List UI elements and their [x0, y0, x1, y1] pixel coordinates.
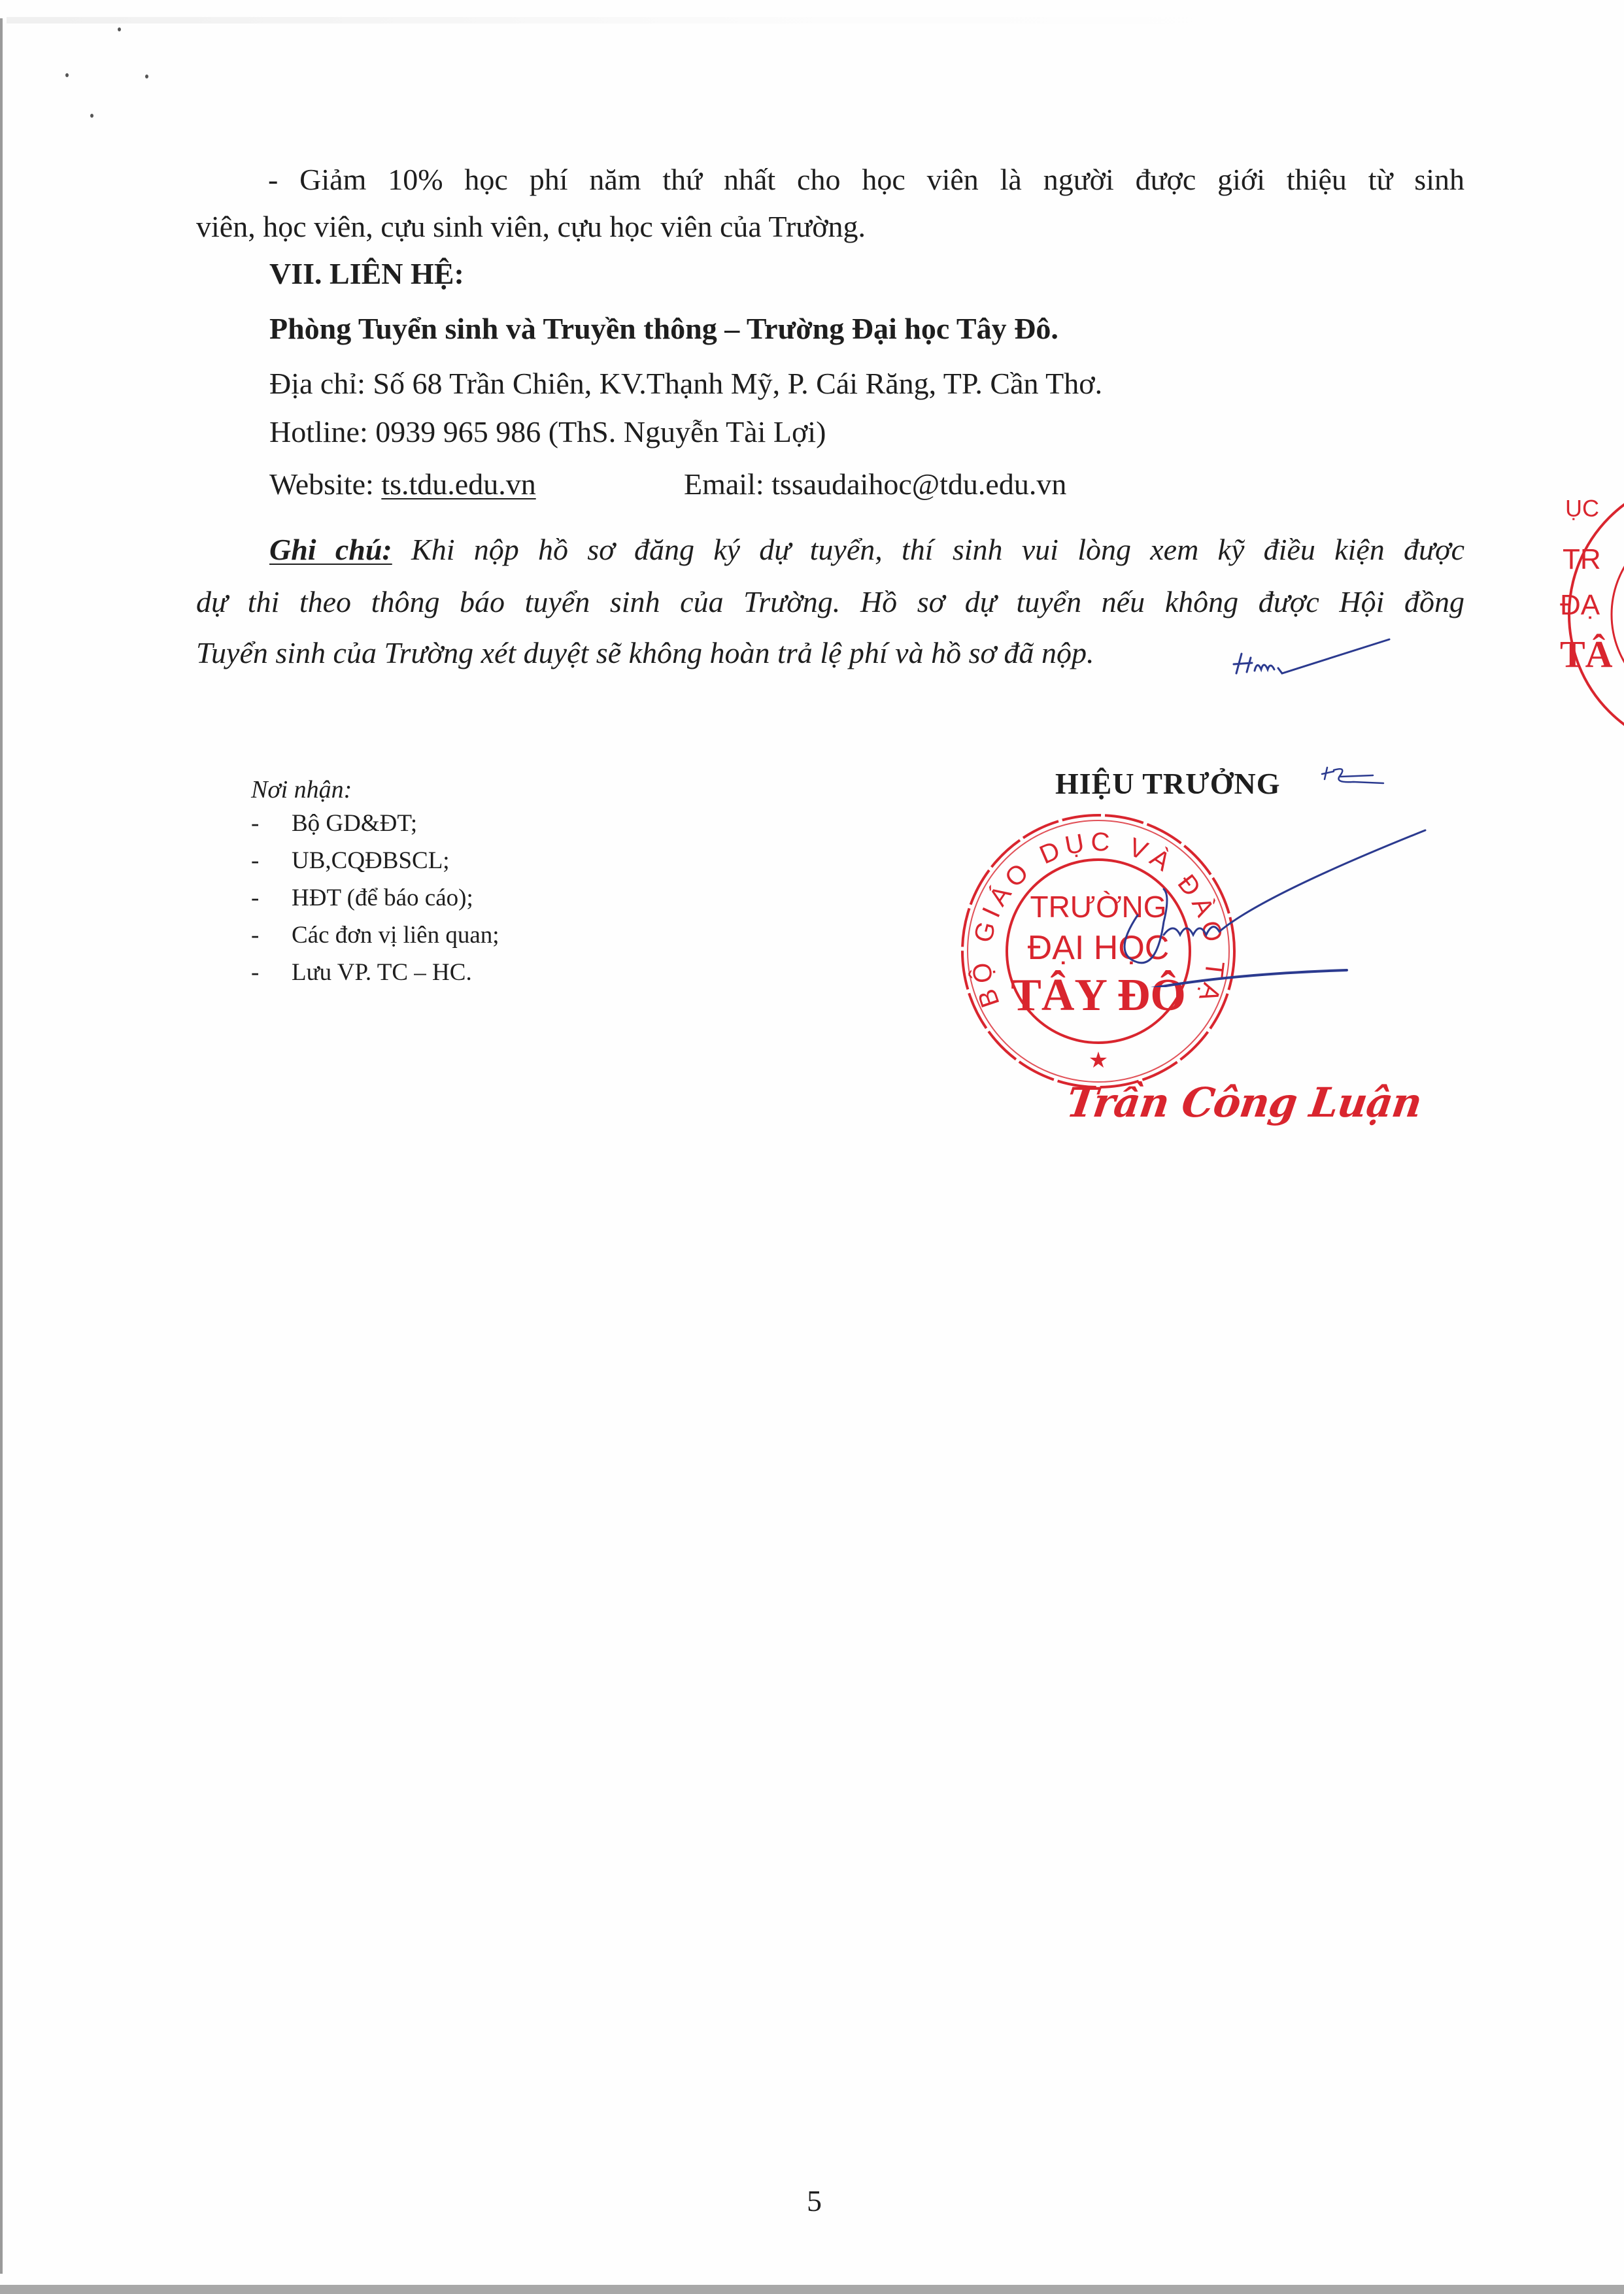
- partial-stamp-icon: ỤC TR ĐẠ TÂ: [1556, 471, 1624, 758]
- contact-email-row: Email: tssaudaihoc@tdu.edu.vn: [684, 469, 1066, 499]
- handwritten-signature-icon: [1033, 817, 1438, 987]
- scan-noise-top: [7, 17, 1288, 24]
- recipient-item: -HĐT (để báo cáo);: [251, 884, 499, 921]
- recipients-list: -Bộ GD&ĐT; -UB,CQĐBSCL; -HĐT (để báo cáo…: [251, 809, 499, 996]
- note-line-1: Ghi chú: Khi nộp hồ sơ đăng ký dự tuyển,…: [269, 535, 1464, 565]
- address-value: Số 68 Trần Chiên, KV.Thạnh Mỹ, P. Cái Ră…: [373, 367, 1102, 400]
- initials-mark-icon: [1232, 634, 1402, 686]
- scan-speck: [65, 73, 69, 77]
- address-label: Địa chỉ:: [269, 367, 365, 400]
- svg-text:ỤC: ỤC: [1565, 495, 1599, 522]
- page-number: 5: [807, 2184, 822, 2218]
- svg-text:ĐẠ: ĐẠ: [1560, 589, 1600, 621]
- contact-address-row: Địa chỉ: Số 68 Trần Chiên, KV.Thạnh Mỹ, …: [269, 369, 1102, 399]
- contact-website-row: Website: ts.tdu.edu.vn: [269, 469, 536, 499]
- email-label: Email:: [684, 467, 764, 501]
- svg-text:TÂ: TÂ: [1560, 633, 1613, 675]
- email-value[interactable]: tssaudaihoc@tdu.edu.vn: [771, 467, 1066, 501]
- scan-speck: [118, 27, 121, 31]
- scanned-page: - Giảm 10% học phí năm thứ nhất cho học …: [0, 0, 1624, 2294]
- recipient-item: -Các đơn vị liên quan;: [251, 921, 499, 958]
- scan-edge-bottom: [0, 2285, 1624, 2294]
- note-label: Ghi chú:: [269, 533, 392, 566]
- hotline-value: 0939 965 986 (ThS. Nguyễn Tài Lợi): [375, 415, 826, 448]
- website-label: Website:: [269, 467, 374, 501]
- discount-paragraph-line-1: - Giảm 10% học phí năm thứ nhất cho học …: [268, 165, 1464, 195]
- recipients-title: Nơi nhận:: [251, 775, 352, 804]
- hotline-label: Hotline:: [269, 415, 368, 448]
- contact-hotline-row: Hotline: 0939 965 986 (ThS. Nguyễn Tài L…: [269, 417, 826, 447]
- section-heading-contact: VII. LIÊN HỆ:: [269, 259, 464, 289]
- scan-speck: [145, 75, 148, 78]
- note-line-3: Tuyển sinh của Trường xét duyệt sẽ không…: [196, 638, 1094, 668]
- recipient-item: -Bộ GD&ĐT;: [251, 809, 499, 847]
- scan-speck: [90, 114, 93, 118]
- signer-name: Trần Công Luận: [1064, 1079, 1425, 1126]
- signer-title: HIỆU TRƯỞNG: [1055, 766, 1281, 801]
- svg-text:★: ★: [1089, 1047, 1108, 1073]
- scan-edge-left: [0, 18, 3, 2274]
- note-line-2: dự thi theo thông báo tuyển sinh của Trư…: [196, 587, 1464, 617]
- initial-tick-icon: [1321, 764, 1386, 790]
- svg-text:TR: TR: [1563, 543, 1601, 575]
- recipient-item: -UB,CQĐBSCL;: [251, 847, 499, 884]
- contact-office: Phòng Tuyển sinh và Truyền thông – Trườn…: [269, 314, 1058, 344]
- partial-edge-stamp: ỤC TR ĐẠ TÂ: [1556, 471, 1624, 758]
- discount-paragraph-line-2: viên, học viên, cựu sinh viên, cựu học v…: [196, 212, 866, 242]
- recipient-item: -Lưu VP. TC – HC.: [251, 958, 499, 996]
- note-text-1: Khi nộp hồ sơ đăng ký dự tuyển, thí sinh…: [411, 533, 1464, 566]
- website-link[interactable]: ts.tdu.edu.vn: [381, 467, 535, 501]
